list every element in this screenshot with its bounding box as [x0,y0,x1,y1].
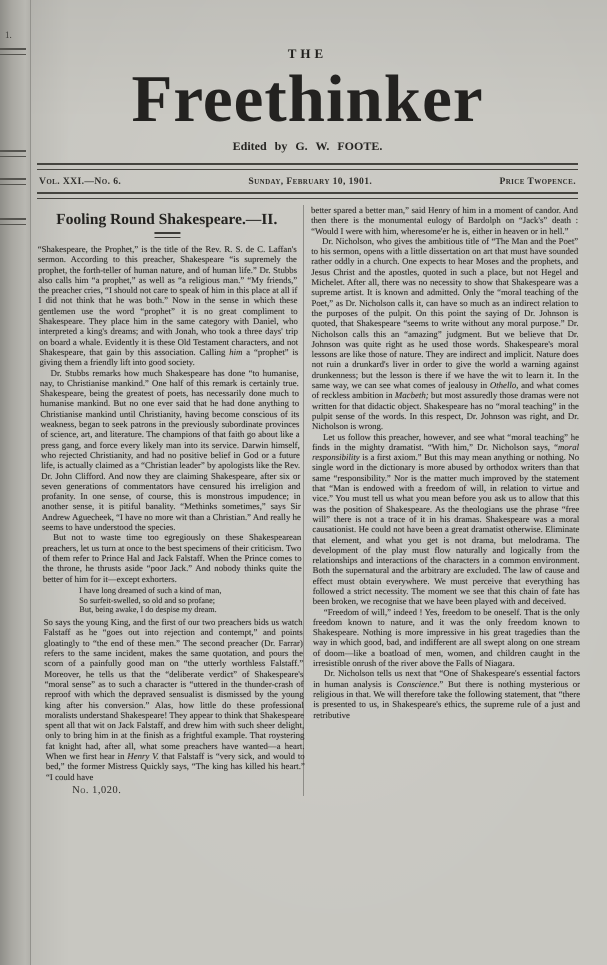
article-paragraph: Let us follow this preacher, however, an… [312,432,580,607]
article-paragraph: So says the young King, and the first of… [43,617,305,782]
adjacent-page-rule [0,150,26,157]
issue-price: Price Twopence. [499,176,576,187]
adjacent-page-fragment: 1. [5,30,12,40]
verse-quote: I have long dreamed of such a kind of ma… [79,586,302,615]
left-column: Fooling Round Shakespeare.—II. “Shakespe… [37,205,305,796]
header-rule-top [37,163,578,170]
masthead-title: Freethinker [37,64,578,134]
article-paragraph: “Freedom of will,” indeed ! Yes, freedom… [313,607,580,669]
adjacent-page-rule [0,48,26,55]
book-gutter-shadow: 1. [0,0,31,965]
article-paragraph: Dr. Stubbs remarks how much Shakespeare … [40,368,302,533]
masthead-kicker: THE [37,46,578,62]
article-paragraph: Dr. Nicholson, who gives the ambitious t… [311,236,579,432]
masthead-editor-line: Edited by G. W. FOOTE. [37,139,578,154]
header-rule-bottom [37,192,578,199]
article-columns: Fooling Round Shakespeare.—II. “Shakespe… [37,205,578,796]
article-paragraph: But not to waste time too egregiously on… [42,532,302,583]
right-column-paragraphs: better spared a better man,” said Henry … [311,205,580,720]
page-content: THE Freethinker Edited by G. W. FOOTE. V… [37,0,578,796]
issue-volume: Vol. XXI.—No. 6. [39,176,121,187]
article-title: Fooling Round Shakespeare.—II. [37,211,296,229]
title-divider-rule [154,232,180,238]
adjacent-page-rule [0,218,26,225]
scanned-newspaper-page: 1. THE Freethinker Edited by G. W. FOOTE… [0,0,607,965]
article-paragraph: better spared a better man,” said Henry … [311,205,578,236]
issue-date: Sunday, February 10, 1901. [248,176,372,187]
article-paragraph: “Shakespeare, the Prophet,” is the title… [38,244,299,368]
adjacent-page-rule [0,178,26,185]
right-column: better spared a better man,” said Henry … [311,205,581,796]
issue-number-footer: No. 1,020. [72,785,305,796]
issue-info-row: Vol. XXI.—No. 6. Sunday, February 10, 19… [37,170,578,192]
article-paragraph: Dr. Nicholson tells us next that “One of… [313,668,580,719]
left-column-paragraphs: “Shakespeare, the Prophet,” is the title… [38,244,305,782]
